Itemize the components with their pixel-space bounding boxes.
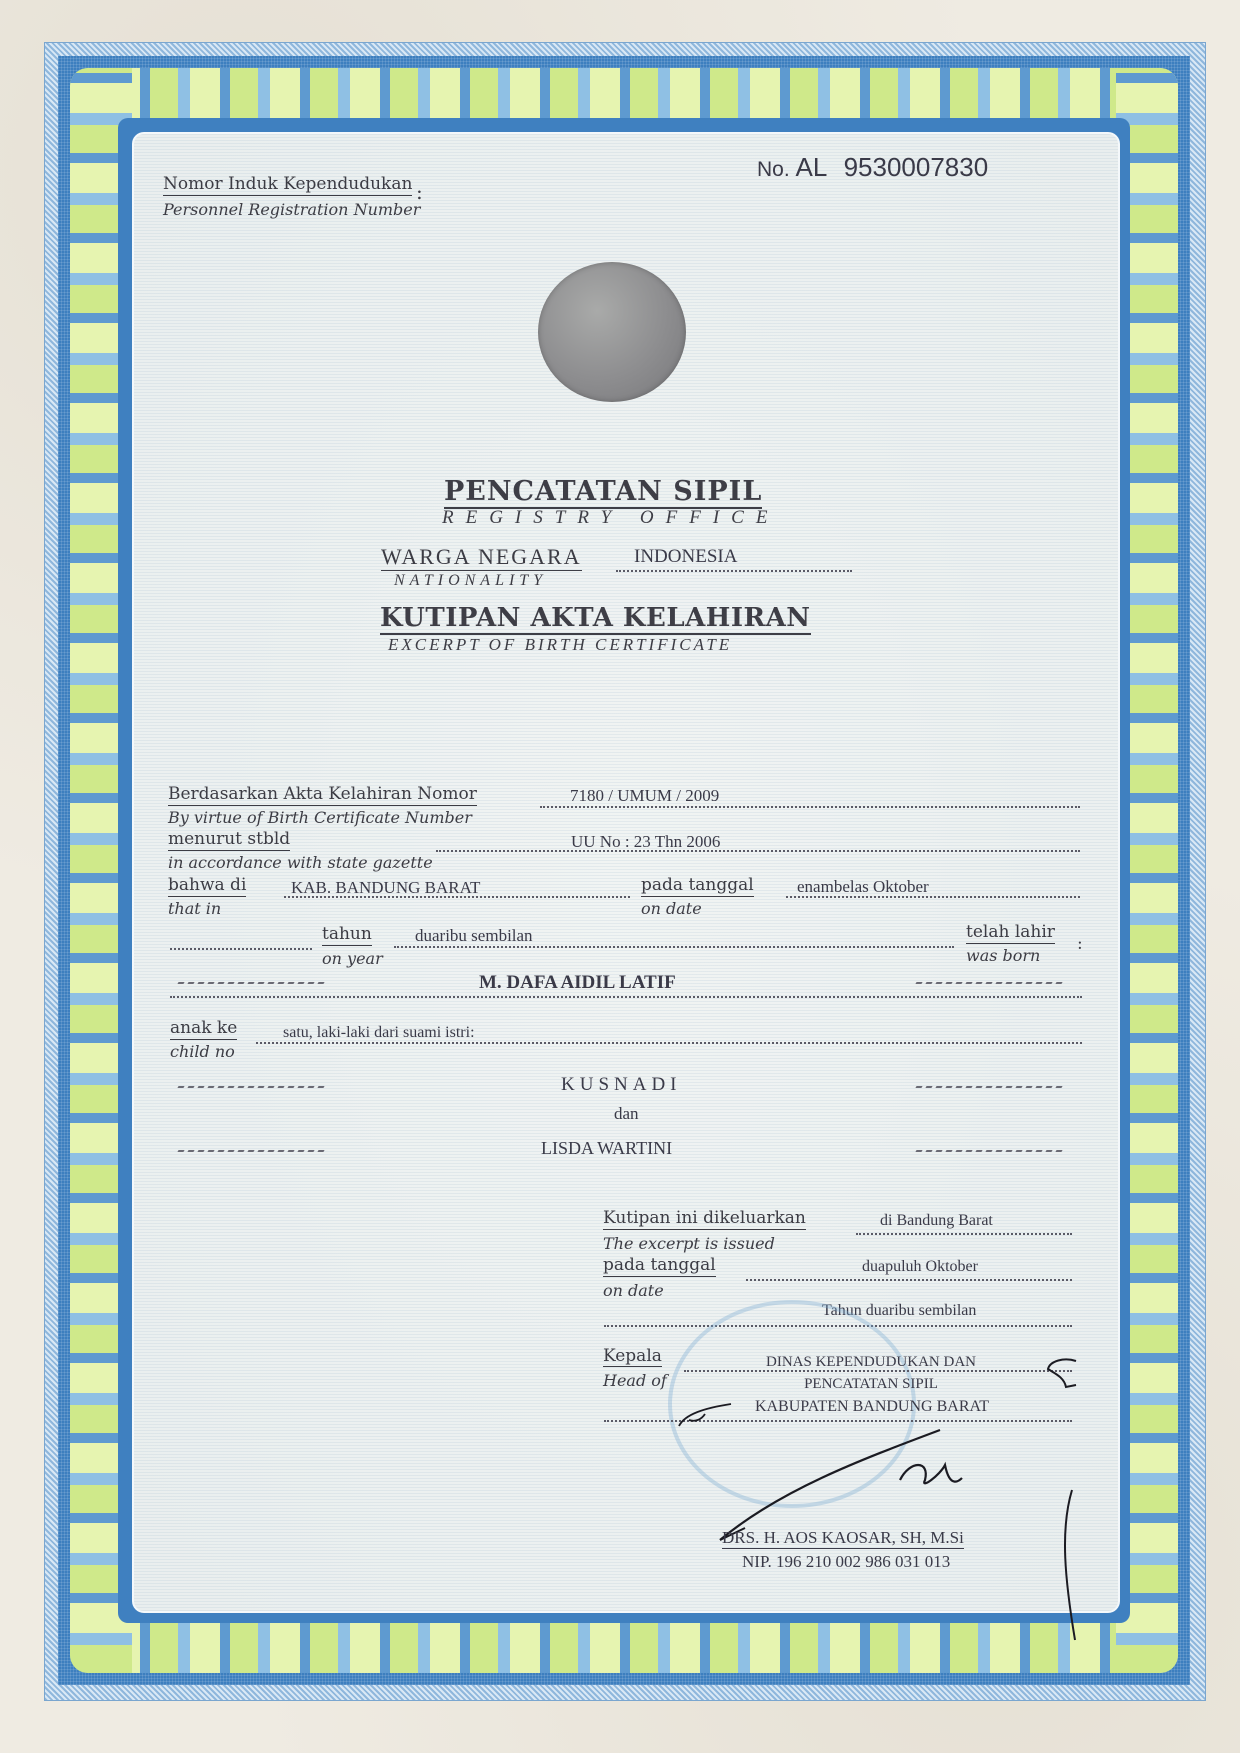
year-leading-dots: [170, 948, 312, 950]
stbld-field: UU No : 23 Thn 2006: [571, 832, 720, 852]
place-dots: [284, 896, 630, 898]
nik-label-en: Personnel Registration Number: [163, 200, 420, 219]
child-no-field: satu, laki-laki dari suami istri:: [283, 1024, 475, 1042]
date-label-en: on date: [641, 899, 702, 918]
stbld-label-en: in accordance with state gazette: [168, 853, 433, 872]
issued-place: di Bandung Barat: [880, 1212, 993, 1230]
certificate-number: No. AL 9530007830: [757, 152, 988, 183]
head-label: Kepala: [603, 1346, 662, 1367]
date-field: enambelas Oktober: [797, 877, 929, 897]
date-label: pada tanggal: [641, 875, 754, 897]
filler-line: [915, 1086, 1062, 1088]
child-no-label: anak ke: [170, 1018, 237, 1040]
issued-place-dots: [856, 1233, 1072, 1235]
born-label-en: was born: [966, 946, 1040, 965]
filler-line: [177, 1086, 324, 1088]
year-dots: [394, 946, 954, 948]
nationality-dots: [616, 570, 852, 572]
nationality-label: WARGA NEGARA: [381, 544, 582, 571]
cert-no-prefix: No.: [757, 158, 790, 181]
year-label-en: on year: [322, 949, 383, 968]
child-name-dots: [170, 996, 1082, 998]
paraf-mark-icon: [675, 1400, 735, 1434]
issue-date-label-en: on date: [603, 1281, 664, 1300]
child-no-label-en: child no: [170, 1042, 235, 1061]
head-label-en: Head of: [603, 1371, 667, 1390]
born-colon: :: [1077, 934, 1083, 954]
office-line1: DINAS KEPENDUDUKAN DAN: [731, 1354, 1011, 1371]
child-no-dots: [256, 1042, 1082, 1044]
nationality-value: INDONESIA: [634, 546, 737, 568]
date-dots: [786, 896, 1080, 898]
father-name: KUSNADI: [561, 1074, 682, 1096]
document-title-en: EXCERPT OF BIRTH CERTIFICATE: [388, 635, 732, 655]
cert-series: AL: [795, 152, 826, 182]
official-name: DRS. H. AOS KAOSAR, SH, M.Si: [722, 1528, 964, 1549]
filler-line: [177, 1150, 324, 1152]
conjunction: dan: [614, 1104, 639, 1124]
stbld-dots: [436, 850, 1080, 852]
cert-number-label-en: By virtue of Birth Certificate Number: [168, 808, 472, 827]
office-title-en: REGISTRY OFFICE: [442, 507, 779, 529]
filler-line: [915, 982, 1062, 984]
cert-number-label: Berdasarkan Akta Kelahiran Nomor: [168, 784, 477, 806]
year-label: tahun: [322, 924, 372, 946]
initial-mark-icon: [1040, 1355, 1080, 1399]
document-title: KUTIPAN AKTA KELAHIRAN: [380, 603, 811, 635]
office-line3: KABUPATEN BANDUNG BARAT: [722, 1398, 1022, 1416]
cert-number-dots: [540, 806, 1080, 808]
nik-label: Nomor Induk Kependudukan: [163, 174, 412, 196]
issue-date-dots: [746, 1279, 1072, 1281]
born-label: telah lahir: [966, 922, 1055, 944]
official-nip: NIP. 196 210 002 986 031 013: [742, 1552, 950, 1572]
issued-label: Kutipan ini dikeluarkan: [603, 1208, 806, 1230]
filler-line: [915, 1150, 1062, 1152]
issue-date-value: duapuluh Oktober: [862, 1258, 978, 1276]
child-name: M. DAFA AIDIL LATIF: [479, 972, 676, 994]
issue-date-label: pada tanggal: [603, 1255, 716, 1277]
office-title: PENCATATAN SIPIL: [444, 476, 762, 509]
office-line2: PENCATATAN SIPIL: [731, 1376, 1011, 1393]
cert-number-field: 7180 / UMUM / 2009: [570, 786, 719, 806]
nationality-label-en: NATIONALITY: [394, 572, 547, 590]
issued-label-en: The excerpt is issued: [603, 1234, 775, 1253]
filler-line: [177, 982, 324, 984]
place-label: bahwa di: [168, 875, 246, 897]
mother-name: LISDA WARTINI: [541, 1138, 672, 1159]
garuda-seal-icon: [538, 262, 686, 402]
year-field: duaribu sembilan: [415, 926, 533, 946]
place-field: KAB. BANDUNG BARAT: [291, 878, 480, 898]
stbld-label: menurut stbld: [168, 829, 290, 851]
cert-number-value: 9530007830: [844, 152, 989, 182]
place-label-en: that in: [168, 899, 221, 918]
